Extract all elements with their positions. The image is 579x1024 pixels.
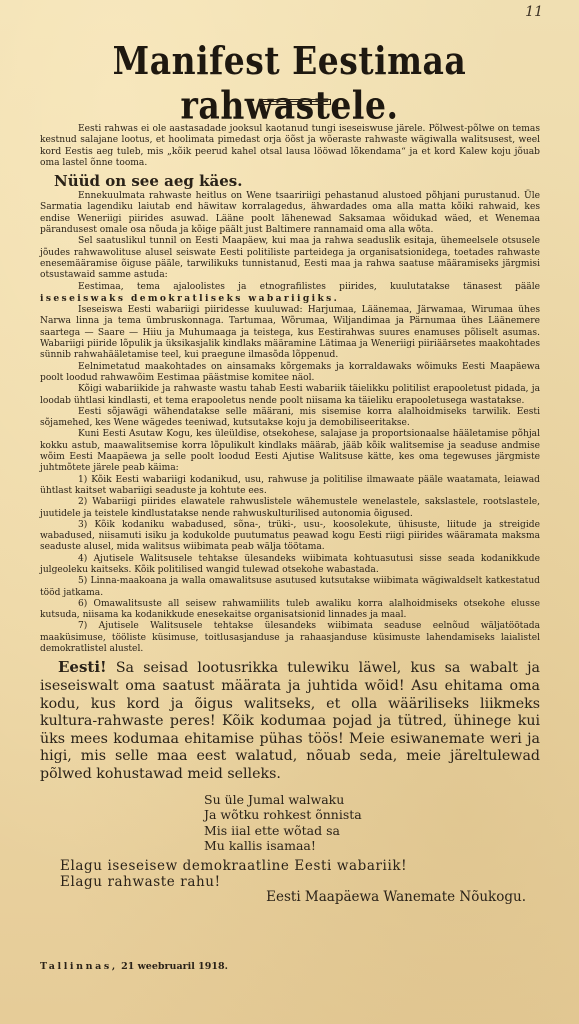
place: Tallinnas, xyxy=(40,961,118,972)
appeal-lead: Eesti! xyxy=(58,658,107,676)
declaration-lead: Eestimaa, tema ajaloolistes ja etnografi… xyxy=(78,282,540,292)
signature: Eesti Maapäewa Wanemate Nõukogu. xyxy=(40,892,526,903)
paragraph: Sel saatuslikul tunnil on Eesti Maapäew,… xyxy=(40,236,540,281)
document-title: Manifest Eestimaa rahwastele. xyxy=(0,38,579,128)
cheer-line: Elagu rahwaste rahu! xyxy=(60,874,540,890)
paragraph: Kuni Eesti Asutaw Kogu, kes üleüldise, o… xyxy=(40,429,540,474)
intro-paragraph: Eesti rahwas ei ole aastasadade jooksul … xyxy=(40,124,540,169)
paragraph: Kõigi wabariikide ja rahwaste wastu taha… xyxy=(40,384,540,407)
paragraph: Eelnimetatud maakohtades on ainsamaks kõ… xyxy=(40,362,540,385)
declaration-paragraph: Eestimaa, tema ajaloolistes ja etnografi… xyxy=(40,282,540,306)
cheer-line: Elagu iseseisew demokraatline Eesti waba… xyxy=(60,858,540,874)
closing-cheers: Elagu iseseisew demokraatline Eesti waba… xyxy=(60,858,540,890)
paragraph: Ennekuulmata rahwaste heitlus on Wene ts… xyxy=(40,191,540,236)
principle-item: 5) Linna-maakoana ja walla omawalitsuse … xyxy=(40,576,540,599)
verse-line: Ja wõtku rohkest õnnista xyxy=(204,807,540,823)
principle-item: 4) Ajutisele Walitsusele tehtakse ülesan… xyxy=(40,554,540,577)
verse-line: Su üle Jumal walwaku xyxy=(204,792,540,808)
manifest-body: Eesti rahwas ei ole aastasadade jooksul … xyxy=(40,124,540,903)
verse-line: Mu kallis isamaa! xyxy=(204,838,540,854)
anthem-verse: Su üle Jumal walwaku Ja wõtku rohkest õn… xyxy=(204,792,540,854)
declaration-emphasis: iseseiswaks demokratliseks wabariigiks. xyxy=(40,293,339,304)
paragraph: Iseseiswa Eesti wabariigi piiridesse kuu… xyxy=(40,305,540,361)
date: 21 weebruaril 1918. xyxy=(121,961,228,972)
section-heading: Nüüd on see aeg käes. xyxy=(54,171,540,191)
principle-item: 7) Ajutisele Walitsusele tehtakse ülesan… xyxy=(40,621,540,655)
principle-item: 1) Kõik Eesti wabariigi kodanikud, usu, … xyxy=(40,475,540,498)
appeal-text: Sa seisad lootusrikka tulewiku läwel, ku… xyxy=(40,660,540,782)
appeal-paragraph: Eesti! Sa seisad lootusrikka tulewiku lä… xyxy=(40,659,540,783)
verse-line: Mis iial ette wõtad sa xyxy=(204,823,540,839)
principle-item: 3) Kõik kodaniku wabadused, sõna-, trüki… xyxy=(40,520,540,554)
title-divider xyxy=(259,99,331,105)
place-and-date: Tallinnas, 21 weebruaril 1918. xyxy=(40,961,228,972)
paragraph: Eesti sõjawägi wähendatakse selle määran… xyxy=(40,407,540,430)
page-number-mark: 11 xyxy=(525,4,543,20)
principle-item: 2) Wabariigi piirides elawatele rahwusli… xyxy=(40,497,540,520)
principle-item: 6) Omawalitsuste all seisew rahwamiilits… xyxy=(40,599,540,622)
